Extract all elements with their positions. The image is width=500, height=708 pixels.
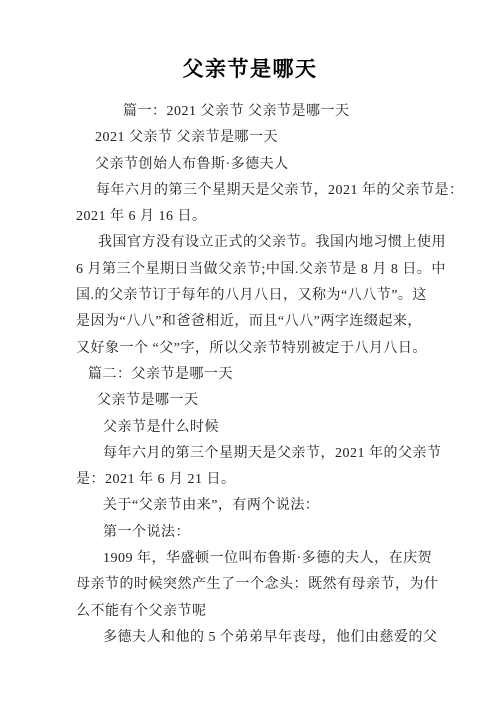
doc-line: 么不能有个父亲节呢 [76, 599, 460, 625]
doc-line: 每年六月的第三个星期天是父亲节，2021 年的父亲节是： [96, 178, 460, 204]
doc-line: 篇一：2021 父亲节 父亲节是哪一天 [123, 99, 460, 125]
doc-line: 父亲节是什么时候 [103, 415, 460, 441]
doc-line: 国.的父亲节订于每年的八月八日，又称为“八八节”。这 [76, 283, 460, 309]
doc-line: 1909 年，华盛顿一位叫布鲁斯·多德的夫人，在庆贺 [103, 546, 460, 572]
doc-line: 2021 年 6 月 16 日。 [76, 204, 460, 230]
doc-line: 又好象一个 “父”字，所以父亲节特别被定于八月八日。 [76, 336, 460, 362]
doc-line: 父亲节是哪一天 [97, 388, 460, 414]
doc-line: 是因为“八八”和爸爸相近，而且“八八”两字连缀起来， [76, 309, 460, 335]
document-body: 篇一：2021 父亲节 父亲节是哪一天 2021 父亲节 父亲节是哪一天 父亲节… [76, 99, 460, 651]
doc-line: 父亲节创始人布鲁斯·多德夫人 [95, 152, 460, 178]
document-title: 父亲节是哪天 [0, 0, 500, 84]
doc-line: 关于“父亲节由来”，有两个说法： [103, 493, 460, 519]
doc-line: 6 月第三个星期日当做父亲节;中国.父亲节是 8 月 8 日。中 [76, 257, 460, 283]
doc-line: 多德夫人和他的 5 个弟弟早年丧母，他们由慈爱的父 [103, 625, 460, 651]
doc-line: 2021 父亲节 父亲节是哪一天 [95, 125, 460, 151]
document-page: 父亲节是哪天 篇一：2021 父亲节 父亲节是哪一天 2021 父亲节 父亲节是… [0, 0, 500, 708]
doc-line: 第一个说法： [103, 520, 460, 546]
doc-line: 母亲节的时候突然产生了一个念头：既然有母亲节，为什 [76, 572, 460, 598]
doc-line: 每年六月的第三个星期天是父亲节，2021 年的父亲节 [103, 441, 460, 467]
doc-line: 我国官方没有设立正式的父亲节。我国内地习惯上使用 [98, 230, 460, 256]
doc-line: 篇二：父亲节是哪一天 [88, 362, 460, 388]
doc-line: 是：2021 年 6 月 21 日。 [76, 467, 460, 493]
